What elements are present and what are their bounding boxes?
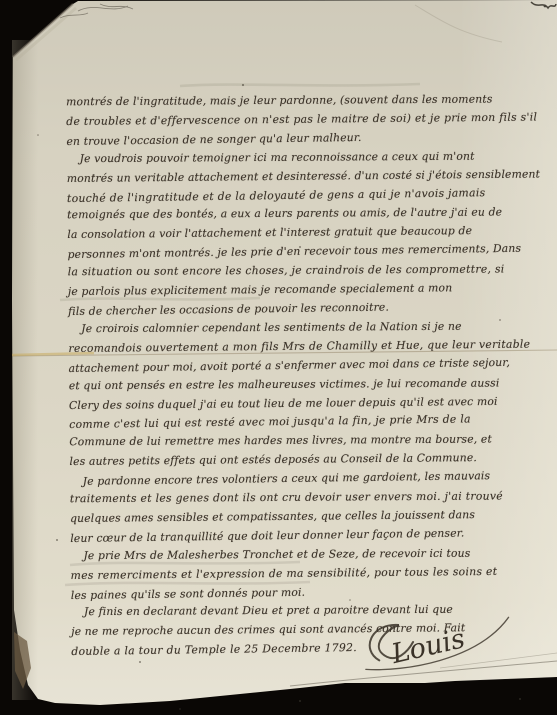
manuscript-line: montrés de l'ingratitude, mais je leur p… xyxy=(66,90,536,112)
signature: Louis xyxy=(356,600,528,680)
scanned-document: montrés de l'ingratitude, mais je leur p… xyxy=(0,0,557,715)
manuscript-line: Je prie Mrs de Malesherbes Tronchet et d… xyxy=(70,544,540,566)
manuscript-line: temoignés que des bontés, a eux a leurs … xyxy=(67,204,537,226)
manuscript-line: la situation ou sont encore les choses, … xyxy=(68,260,538,282)
manuscript-line: Je voudrois pouvoir temoigner ici ma rec… xyxy=(67,147,537,169)
manuscript-line: et qui ont pensés en estre les malheureu… xyxy=(69,374,539,396)
manuscript-line: Je croirois calomnier cependant les sent… xyxy=(68,317,538,339)
manuscript-line: Commune de lui remettre mes hardes mes l… xyxy=(69,431,539,453)
manuscript-text: montrés de l'ingratitude, mais je leur p… xyxy=(66,89,541,661)
manuscript-line: traitements et les genes dont ils ont cr… xyxy=(70,487,540,509)
